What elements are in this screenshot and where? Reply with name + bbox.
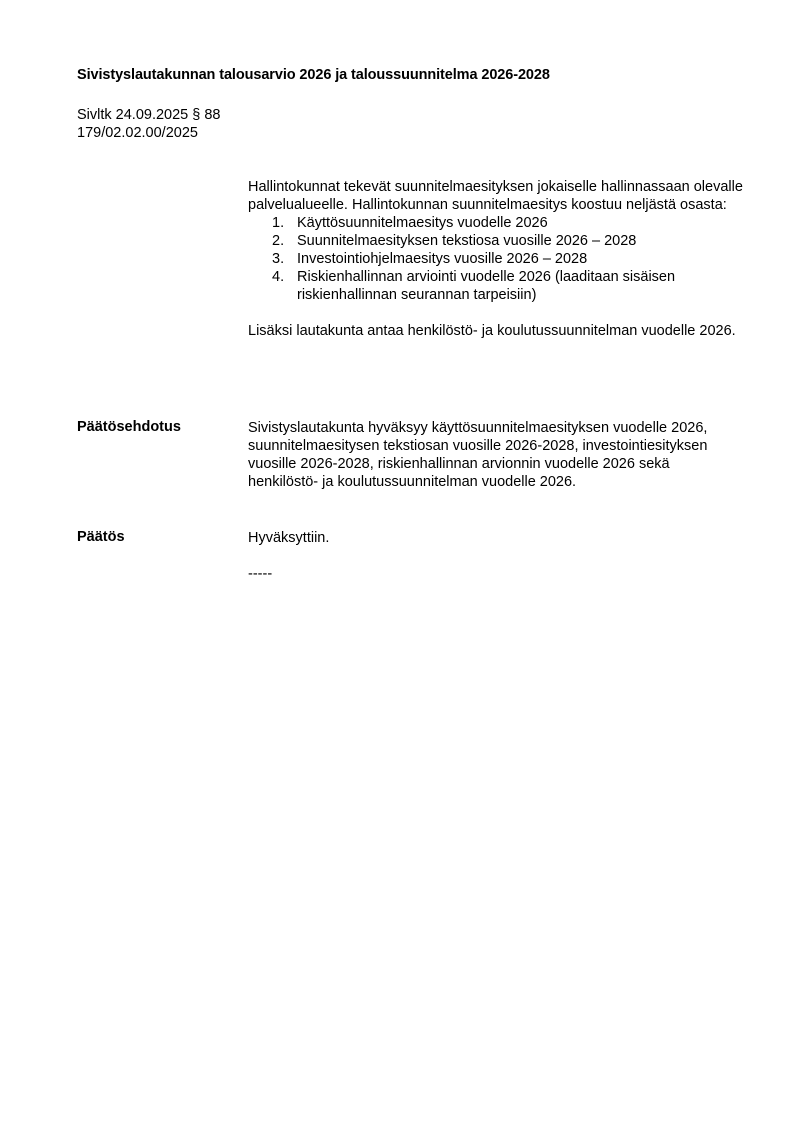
record-id: 179/02.02.00/2025 bbox=[77, 124, 221, 142]
list-item: 2.Suunnitelmaesityksen tekstiosa vuosill… bbox=[248, 232, 743, 250]
list-item: 4.Riskienhallinnan arviointi vuodelle 20… bbox=[248, 268, 743, 304]
list-item: 3.Investointiohjelmaesitys vuosille 2026… bbox=[248, 250, 743, 268]
decision-text: Hyväksyttiin. bbox=[248, 529, 743, 547]
intro-paragraph: Hallintokunnat tekevät suunnitelmaesityk… bbox=[248, 178, 743, 214]
document-title: Sivistyslautakunnan talousarvio 2026 ja … bbox=[77, 67, 550, 83]
parts-list: 1.Käyttösuunnitelmaesitys vuodelle 2026 … bbox=[248, 214, 743, 304]
decision-section: Hyväksyttiin. ----- bbox=[248, 529, 743, 583]
document-meta: Sivltk 24.09.2025 § 88 179/02.02.00/2025 bbox=[77, 106, 221, 142]
intro-section: Hallintokunnat tekevät suunnitelmaesityk… bbox=[248, 178, 743, 340]
proposal-label: Päätösehdotus bbox=[77, 419, 181, 435]
separator: ----- bbox=[248, 565, 743, 583]
meeting-reference: Sivltk 24.09.2025 § 88 bbox=[77, 106, 221, 124]
additional-paragraph: Lisäksi lautakunta antaa henkilöstö- ja … bbox=[248, 322, 743, 340]
proposal-text: Sivistyslautakunta hyväksyy käyttösuunni… bbox=[248, 419, 743, 491]
list-item: 1.Käyttösuunnitelmaesitys vuodelle 2026 bbox=[248, 214, 743, 232]
decision-label: Päätös bbox=[77, 529, 125, 545]
